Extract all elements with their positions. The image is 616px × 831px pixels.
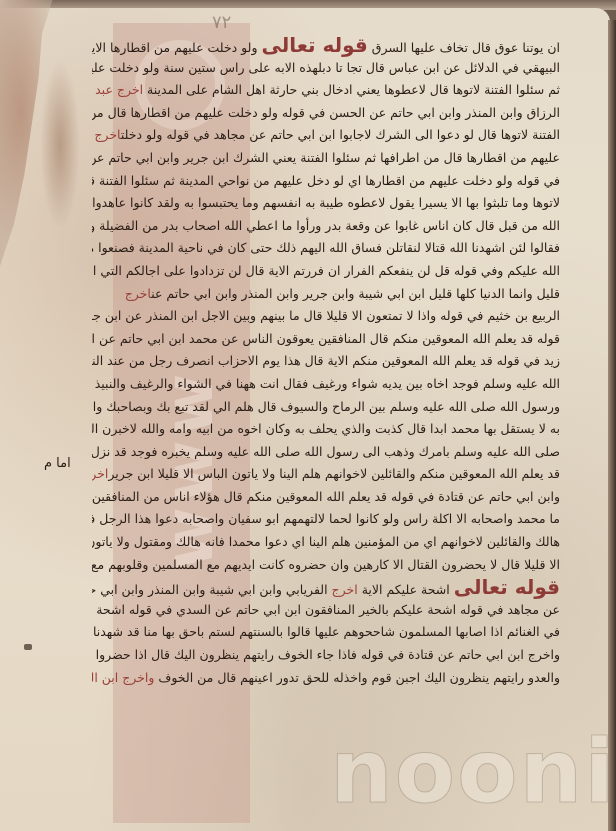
- manuscript-line: الله عليكم وفي قوله قل لن ينفعكم الفرار …: [92, 260, 560, 283]
- manuscript-line: قوله تعالى اشحة عليكم الاية اخرج الفرياب…: [92, 576, 560, 599]
- line-text: ان يوتنا عوق قال تخاف عليها السرق: [368, 40, 560, 55]
- manuscript-line: ورسول الله صلى الله عليه وسلم بين الرماح…: [92, 396, 560, 419]
- line-text: زيد في قوله قد يعلم الله المعوقين منكم ا…: [92, 353, 560, 368]
- line-text: الله من قبل قال كان اناس غابوا عن وقعة ب…: [92, 218, 560, 233]
- line-text: واخرج ابن ابي حاتم عن قتادة في قوله فاذا…: [92, 647, 560, 662]
- rubric-keyword: اخرج: [94, 127, 121, 142]
- manuscript-line: الفتنة لاتوها قال لو دعوا الى الشرك لاجا…: [92, 124, 560, 147]
- manuscript-line: صلى الله عليه وسلم بامرك وذهب الى رسول ا…: [92, 441, 560, 464]
- rubric-keyword: اخرج عبد: [95, 82, 143, 97]
- line-text: ابن جرير: [108, 466, 153, 481]
- line-text: ما محمد واصحابه الا اكلة راس ولو كانوا ل…: [92, 511, 560, 526]
- manuscript-line: ثم سئلوا الفتنة لاتوها قال لاعطوها يعني …: [92, 79, 560, 102]
- manuscript-line: وابن ابي حاتم عن قتادة في قوله قد يعلم ا…: [92, 486, 560, 509]
- line-text: قوله قد يعلم الله المعوقين منكم قال المن…: [185, 331, 560, 346]
- rubric-keyword: اخرج: [332, 582, 358, 597]
- manuscript-line: به لا يستقل بها محمد ابدا قال كذبت والذي…: [92, 418, 560, 441]
- rubric-keyword: اخرج: [125, 286, 152, 301]
- line-text: هالك والقائلين لاخوانهم اي من المؤمنين ه…: [92, 534, 560, 549]
- manuscript-line: والعدو رايتهم ينظرون اليك اجبن قوم واخذل…: [92, 667, 560, 690]
- line-text: الا قليلا قال لا يحضرون القتال الا كارهي…: [92, 557, 560, 572]
- line-text: صلى الله عليه وسلم بامرك وذهب الى رسول ا…: [92, 444, 560, 459]
- line-text: ثم سئلوا الفتنة لاتوها قال لاعطوها يعني …: [143, 82, 560, 97]
- manuscript-line: زيد في قوله قد يعلم الله المعوقين منكم ا…: [92, 350, 560, 373]
- manuscript-line: البيهقي في الدلائل عن ابن عباس قال تجا ت…: [92, 57, 560, 80]
- line-text: الفريابي وابن ابي شيبة وابن المنذر وابن …: [92, 582, 332, 597]
- folio-number: ٧٢: [212, 12, 231, 33]
- rubric-heading: قوله تعالى: [454, 576, 560, 599]
- watermark-nooni: nooni: [330, 728, 616, 816]
- line-text: ورسول الله صلى الله عليه وسلم بين الرماح…: [92, 399, 560, 414]
- line-text: الله عليه وسلم فوجد اخاه بين يديه شواء و…: [95, 376, 560, 391]
- rubric-keyword: واخرج ابن المنذر: [92, 670, 154, 685]
- manuscript-line: الرزاق وابن المنذر وابن ابي حاتم عن الحس…: [92, 102, 560, 125]
- margin-note: اما م: [44, 456, 71, 471]
- manuscript-line: الله عليه وسلم فوجد اخاه بين يديه شواء و…: [92, 373, 560, 396]
- line-text: الفتنة لاتوها قال لو دعوا الى الشرك لاجا…: [335, 127, 560, 142]
- manuscript-line: في قوله ولو دخلت عليهم من اقطارها اي لو …: [92, 170, 560, 193]
- line-text: ابن جرير وابن ابي حاتم عن قتادة: [92, 150, 229, 165]
- manuscript-line: واخرج ابن ابي حاتم عن قتادة في قوله فاذا…: [92, 644, 560, 667]
- line-text: عليهم من اقطارها قال من اطرافها ثم سئلوا…: [229, 150, 560, 165]
- manuscript-line: لاتوها وما تلبثوا بها الا يسيرا يقول لاع…: [92, 192, 560, 215]
- line-text: الله عليكم وفي قوله قل لن ينفعكم الفرار …: [92, 263, 560, 278]
- manuscript-line: الربيع بن خثيم في قوله واذا لا تمتعون ال…: [92, 305, 560, 328]
- line-text: ولو دخلت عليهم من اقطارها الايات: [92, 40, 261, 55]
- line-text: ابن ابي حاتم عن مجاهد في قوله ولو دخلت: [121, 127, 336, 142]
- manuscript-line: الا قليلا قال لا يحضرون القتال الا كارهي…: [92, 554, 560, 577]
- rubric-keyword: اخرج: [92, 466, 108, 481]
- line-text: في قوله ولو دخلت عليهم من اقطارها اي لو …: [92, 173, 560, 188]
- line-text: قد يعلم الله المعوقين منكم والقائلين لاخ…: [154, 466, 560, 481]
- line-text: به لا يستقل بها محمد ابدا قال كذبت والذي…: [92, 421, 560, 436]
- manuscript-line: فقالوا لئن اشهدنا الله قتالا لنقاتلن فسا…: [92, 237, 560, 260]
- manuscript-line: هالك والقائلين لاخوانهم اي من المؤمنين ه…: [92, 531, 560, 554]
- line-text: ابن ابي حاتم عن السدي في قوله اشحة عليكم…: [92, 602, 301, 617]
- line-text: ابن ابي حاتم عن ابن: [92, 331, 185, 346]
- line-text: اشحة عليكم الاية: [358, 582, 454, 597]
- line-text: الرزاق وابن المنذر وابن ابي حاتم عن الحس…: [92, 105, 560, 120]
- page-right-edge: [608, 20, 616, 831]
- manuscript-text-block: ان يوتنا عوق قال تخاف عليها السرق قوله ت…: [92, 34, 560, 689]
- manuscript-line: ما محمد واصحابه الا اكلة راس ولو كانوا ل…: [92, 508, 560, 531]
- manuscript-photo: www ٧٢ اما م ان يوتنا عوق قال تخاف عليها…: [0, 0, 616, 831]
- rubric-heading: قوله تعالى: [261, 34, 367, 57]
- line-text: الربيع بن خثيم في قوله واذا لا تمتعون ال…: [198, 308, 560, 323]
- line-text: لاتوها وما تلبثوا بها الا يسيرا يقول لاع…: [92, 195, 560, 210]
- line-text: قليل وانما الدنيا كلها قليل: [425, 286, 560, 301]
- line-text: والعدو رايتهم ينظرون اليك اجبن قوم واخذل…: [154, 670, 560, 685]
- line-text: وابن ابي حاتم عن قتادة في قوله قد يعلم ا…: [92, 489, 560, 504]
- line-text: البيهقي في الدلائل عن ابن عباس قال تجا ت…: [92, 60, 560, 75]
- manuscript-line: قد يعلم الله المعوقين منكم والقائلين لاخ…: [92, 463, 560, 486]
- ink-blot: [24, 644, 32, 650]
- manuscript-line: عليهم من اقطارها قال من اطرافها ثم سئلوا…: [92, 147, 560, 170]
- water-stain: [40, 60, 80, 230]
- manuscript-line: عن مجاهد في قوله اشحة عليكم بالخير المنا…: [92, 599, 560, 622]
- line-text: ابن ابي شيبة وابن جرير وابن المنذر وابن …: [151, 286, 425, 301]
- manuscript-line: قليل وانما الدنيا كلها قليل ابن ابي شيبة…: [92, 283, 560, 306]
- manuscript-line: في الغنائم اذا اصابها المسلمون شاححوهم ع…: [92, 621, 560, 644]
- line-text: فقالوا لئن اشهدنا الله قتالا لنقاتلن فسا…: [92, 240, 560, 255]
- line-text: ابن المنذر عن ابن جريج في: [92, 308, 198, 323]
- manuscript-line: ان يوتنا عوق قال تخاف عليها السرق قوله ت…: [92, 34, 560, 57]
- manuscript-line: قوله قد يعلم الله المعوقين منكم قال المن…: [92, 328, 560, 351]
- line-text: في الغنائم اذا اصابها المسلمون شاححوهم ع…: [92, 624, 560, 639]
- manuscript-line: الله من قبل قال كان اناس غابوا عن وقعة ب…: [92, 215, 560, 238]
- line-text: عن مجاهد في قوله اشحة عليكم بالخير المنا…: [301, 602, 560, 617]
